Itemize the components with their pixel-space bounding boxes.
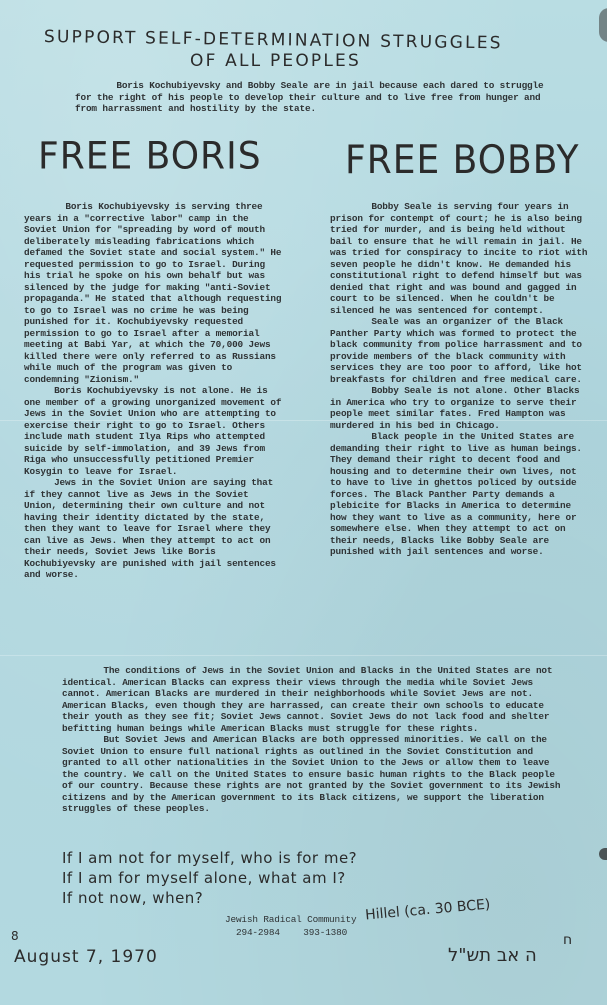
boris-paragraph-2: Boris Kochubiyevsky is not alone. He is … [24, 385, 286, 477]
heading-free-boris: FREE BORIS [38, 135, 262, 178]
phone-number: 294-2984 [236, 927, 280, 938]
boris-paragraph-1: Boris Kochubiyevsky is serving three yea… [24, 201, 286, 385]
heading-free-bobby: FREE BOBBY [345, 138, 579, 183]
bobby-paragraph-1: Bobby Seale is serving four years in pri… [330, 201, 588, 316]
quote-attribution: Hillel (ca. 30 BCE) [365, 897, 491, 924]
title-line-2: OF ALL PEOPLES [190, 51, 361, 71]
quote-line-1: If I am not for myself, who is for me? [62, 848, 357, 868]
conclusion-section: The conditions of Jews in the Soviet Uni… [62, 665, 562, 815]
quote-line-2: If I am for myself alone, what am I? [62, 868, 357, 888]
boris-column: Boris Kochubiyevsky is serving three yea… [24, 201, 286, 581]
hebrew-date: ה אב תש"ל [448, 945, 537, 966]
paper-crease [0, 655, 607, 656]
handwritten-date: August 7, 1970 [14, 947, 158, 967]
conclusion-paragraph-2: But Soviet Jews and American Blacks are … [62, 734, 562, 815]
bobby-paragraph-2: Seale was an organizer of the Black Pant… [330, 316, 588, 385]
intro-paragraph: Boris Kochubiyevsky and Bobby Seale are … [75, 80, 545, 115]
paper-tear [599, 848, 607, 860]
phone-number: 393-1380 [303, 927, 347, 938]
boris-paragraph-3: Jews in the Soviet Union are saying that… [24, 477, 286, 581]
flyer-page: SUPPORT SELF-DETERMINATION STRUGGLES OF … [0, 0, 607, 1005]
page-mark: 8 [11, 929, 19, 943]
hebrew-mark: ח [563, 932, 572, 948]
conclusion-paragraph-1: The conditions of Jews in the Soviet Uni… [62, 665, 562, 734]
organization-name: Jewish Radical Community [225, 914, 356, 926]
bobby-paragraph-4: Black people in the United States are de… [330, 431, 588, 558]
hillel-quote: If I am not for myself, who is for me? I… [62, 848, 357, 908]
paper-tear [599, 8, 607, 42]
bobby-column: Bobby Seale is serving four years in pri… [330, 201, 588, 558]
intro-text: Boris Kochubiyevsky and Bobby Seale are … [75, 80, 545, 115]
bobby-paragraph-3: Bobby Seale is not alone. Other Blacks i… [330, 385, 588, 431]
quote-line-3: If not now, when? [62, 888, 357, 908]
phone-numbers: 294-2984 393-1380 [236, 927, 365, 939]
